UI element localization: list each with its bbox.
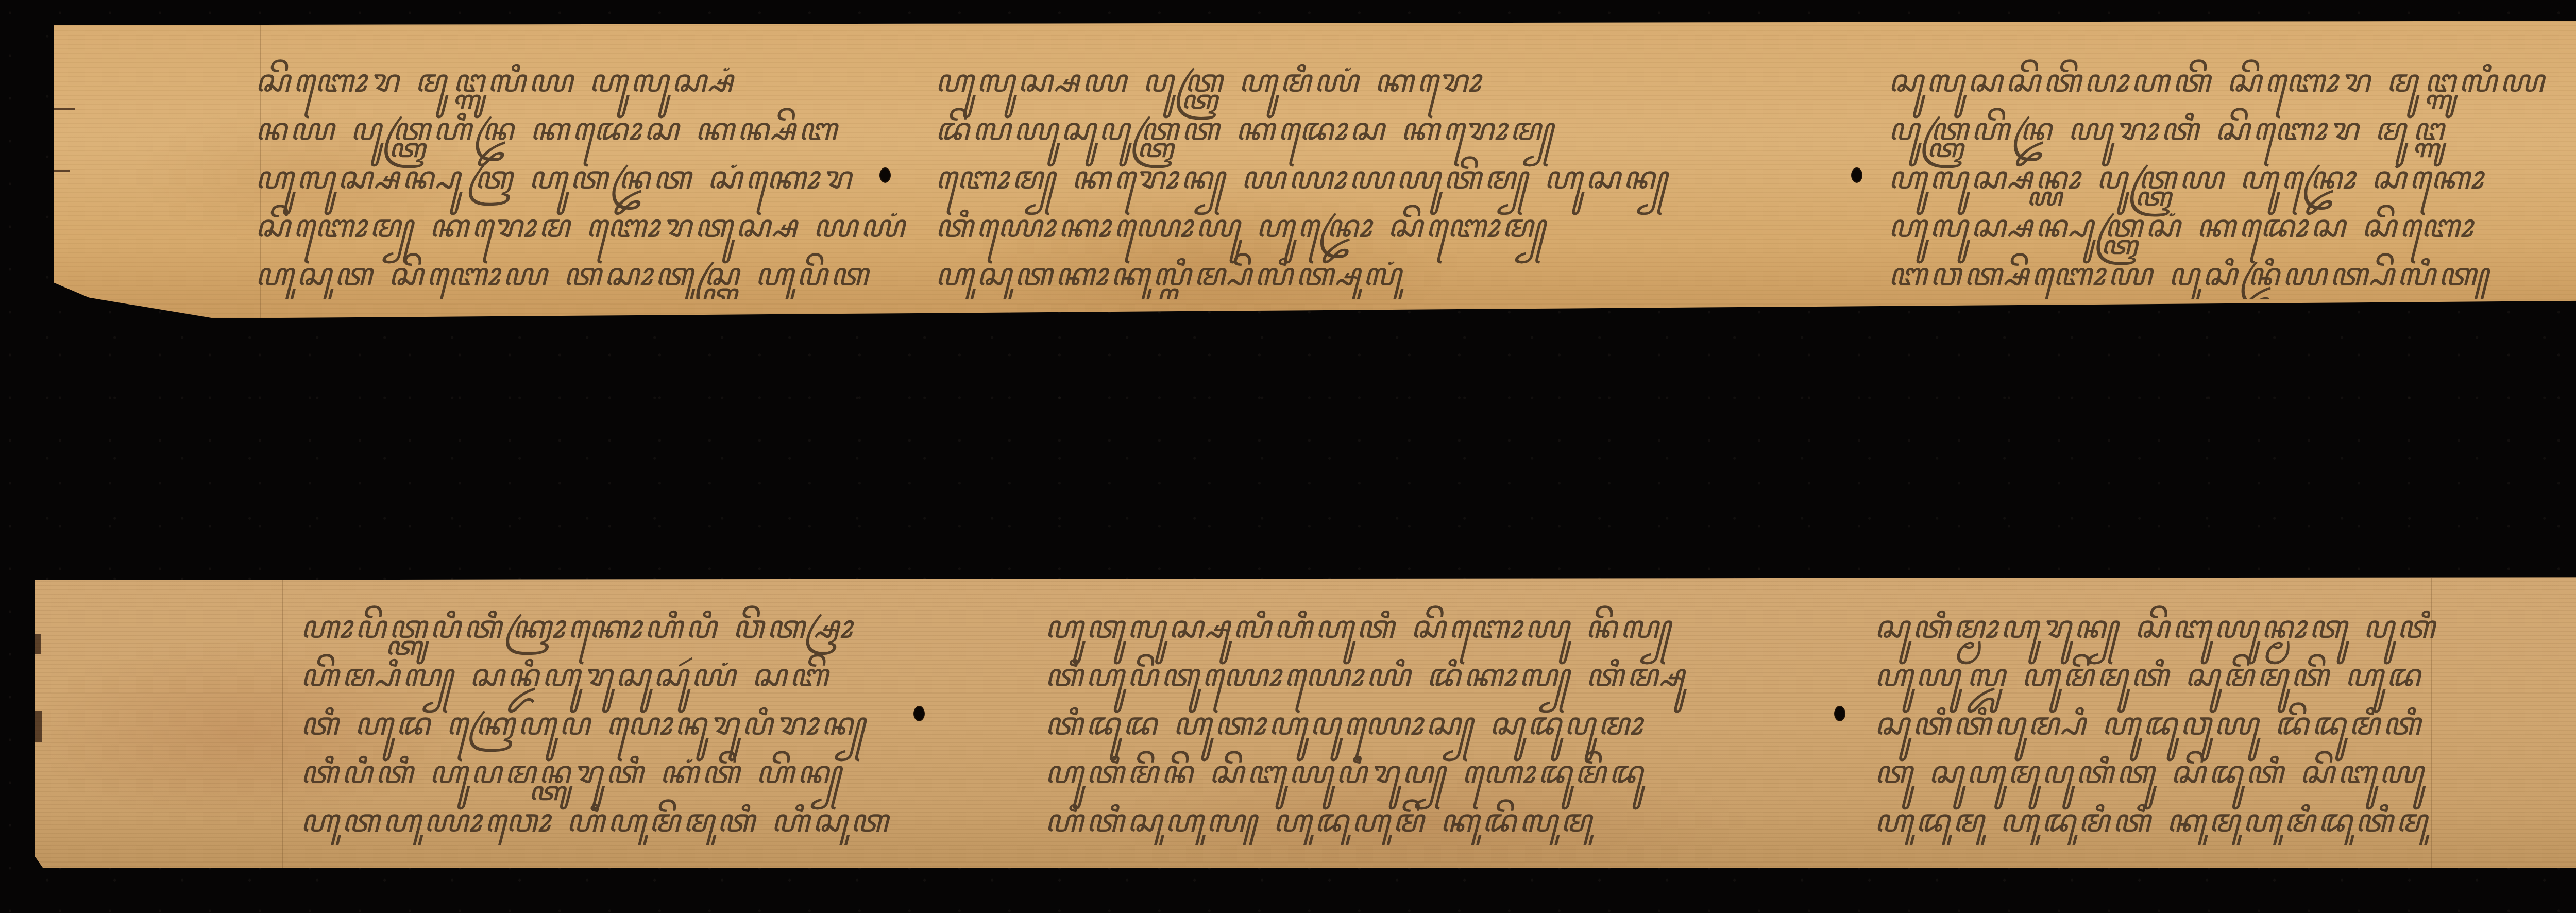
manuscript-line: ꦱꦸꦠꦶꦠꦶꦥꦸꦩ꧀ꦥꦶ ꦲꦸꦢꦸꦮꦸꦪꦸ ꦢꦼꦢꦸꦩꦶꦠꦶ	[1874, 700, 2576, 748]
edge-damage	[35, 711, 42, 742]
manuscript-line: ꦱꦸꦠꦶꦩ꧀ꦩꦴꦲꦸꦫꦸꦤ꧀ ꦱꦼꦧꦸꦪꦸꦤ꧀ꦩꦴꦠꦸ ꦥꦸꦠꦶ	[1874, 603, 2576, 651]
manuscript-line: ꦱꦼꦧꦺꦴꦩ꧀ ꦏꦫꦺꦴꦩ ꦧꦺꦴꦫꦠꦸꦱ꧀ꦱ ꦪꦪꦁ	[255, 202, 930, 250]
palm-leaf-lower: ꦲꦴꦥꦼꦠ꧀ꦠꦸꦥꦶꦠꦶꦏꦿꦴꦏꦺꦴꦲꦶꦥꦶ ꦮꦼꦠ꧀ꦱꦿꦴ ꦲꦼꦩ꧀ꦥꦶꦭ꧀ …	[35, 577, 2576, 868]
text-column-center: ꦲꦸꦭꦸꦱ꧀ꦱꦪ ꦥꦸꦠ꧀ꦠꦿ ꦲꦸꦩꦶꦪꦁ ꦏꦫꦺꦴ ꦢꦼꦭꦪꦸꦱꦸꦥꦸꦠ꧀ꦠ…	[935, 57, 1842, 299]
manuscript-line: ꦠꦶꦪꦺꦴꦏꦴꦪꦺꦴꦪꦸ ꦲꦸꦤ꧀ꦢꦿꦺꦴ ꦱꦼꦧꦺꦴꦩ꧀	[935, 202, 1842, 250]
manuscript-line: ꦲꦸꦠꦶꦩꦼꦤꦼ ꦱꦼꦧꦸꦪꦸꦥꦶꦫꦸꦥ꧀ ꦲꦺꦴꦢꦸꦩꦼꦢꦸ	[1045, 748, 1818, 797]
manuscript-line: ꦲꦴꦥꦼꦠ꧀ꦠꦸꦥꦶꦠꦶꦏꦿꦴꦏꦺꦴꦲꦶꦥꦶ ꦮꦼꦠ꧀ꦱꦿꦴ	[300, 603, 1042, 651]
text-column-right: ꦱꦸꦠꦶꦩ꧀ꦩꦴꦲꦸꦫꦸꦤ꧀ ꦱꦼꦧꦸꦪꦸꦤ꧀ꦩꦴꦠꦸ ꦥꦸꦠꦶ ꦲꦸꦪꦸꦭ꧀ꦢ…	[1874, 603, 2576, 845]
binding-hole-right	[1851, 167, 1862, 183]
manuscript-line: ꦲꦼꦩ꧀ꦥꦶꦭ꧀ ꦱꦤ꧀ꦢꦶꦲꦸꦫꦸꦱꦸꦱꦸꦂꦪꦁ ꦱꦧꦼ	[300, 651, 1042, 700]
margin-rule-left	[282, 577, 283, 868]
manuscript-line: ꦲꦶꦠꦶꦱꦸꦲꦸꦭ꧀ ꦲꦸꦢꦸꦲꦸꦩꦼ ꦏꦸꦢꦼꦭꦸꦩꦸ	[1045, 797, 1818, 845]
text-column-center: ꦲꦸꦠꦸꦭꦸꦱ꧀ꦱꦸꦭꦶꦲꦶꦲꦸꦠꦶ ꦱꦼꦧꦺꦴꦪꦸ ꦤꦼꦭ꧀ ꦠꦶꦲꦸꦥꦼꦠꦸ…	[1045, 603, 1818, 845]
edge-notch	[54, 170, 70, 172]
manuscript-line: ꦤꦪ ꦥꦸꦠ꧀ꦠꦿꦲꦶꦤ꧀ꦢꦿ ꦏꦢꦺꦴꦱ ꦏꦤ꧀ꦱꦼꦧ	[255, 105, 930, 154]
manuscript-line: ꦠꦶꦥꦶꦠꦶ ꦲꦸꦥꦩꦤ꧀ꦠꦸꦫꦸꦠꦶ ꦏꦁꦠꦼ ꦲꦼꦤ꧀	[300, 748, 1042, 797]
edge-damage	[35, 634, 41, 654]
manuscript-line: ꦲꦸꦠꦲꦸꦪꦴꦮꦺꦴ ꦲꦶꦲꦸꦩꦼꦩꦸꦠꦶ ꦲꦶꦱꦸꦠ	[300, 797, 1042, 845]
manuscript-line: ꦲꦸꦱꦸꦠ ꦱꦼꦧꦺꦴꦪ ꦠꦱꦴꦠꦸꦱ꧀ꦠꦿ ꦲꦸꦥꦼꦠ	[255, 250, 930, 299]
manuscript-line: ꦲꦸꦠꦸꦭꦸꦱ꧀ꦱꦸꦭꦶꦲꦶꦲꦸꦠꦶ ꦱꦼꦧꦺꦴꦪꦸ ꦤꦼꦭ꧀	[1045, 603, 1818, 651]
manuscript-line: ꦲꦸꦭꦸꦱ꧀ꦱꦤ꧀ꦪꦴ ꦥꦸꦠ꧀ꦠꦿꦪ ꦲꦸꦤ꧀ꦢꦿꦺꦴ ꦱꦁꦏꦺꦴ	[1888, 154, 2576, 202]
manuscript-line: ꦲꦸꦱꦸꦠꦏꦴꦏꦸꦭ꧀ꦭꦶꦩ꧀ꦥꦼꦭꦶꦠ꧀ꦱꦸꦭꦸꦁ	[935, 250, 1842, 299]
manuscript-line: ꦲꦸꦭꦸꦱ꧀ꦱꦤ꧀ꦥꦸꦠꦿ ꦲꦸꦠꦤ꧀ꦢꦿꦠ ꦱꦁꦏꦺꦴꦫ	[255, 154, 930, 202]
edge-notch	[54, 108, 75, 110]
manuscript-line: ꦠꦶ ꦲꦸꦢ ꦏꦿꦺꦲꦸꦥ ꦥꦺꦴꦤꦸꦫꦸꦥꦶꦫꦴꦤ꧀	[300, 700, 1042, 748]
binding-hole-right	[1834, 706, 1845, 721]
manuscript-line: ꦠꦸ ꦱꦸꦲꦸꦩꦸꦥꦸꦠꦶꦠꦸ ꦱꦼꦢꦸꦠꦶ ꦱꦼꦧꦸꦪꦸ	[1874, 748, 2576, 797]
manuscript-line: ꦲꦸꦪꦸꦭ꧀ꦢꦸ ꦲꦸꦩꦼꦩꦸꦠꦶ ꦱꦸꦩꦼꦩꦸꦠꦼ ꦲꦸꦢ	[1874, 651, 2576, 700]
manuscript-line: ꦠꦶꦲꦸꦥꦼꦠꦸꦪꦺꦴꦪꦺꦴꦪꦶ ꦢꦶꦏꦴꦭ꧀ ꦠꦶꦩ꧀ꦱꦸ	[1045, 651, 1818, 700]
manuscript-line: ꦥꦸꦠ꧀ꦠꦿꦲꦼꦤ꧀ꦢꦿ ꦪꦸꦫꦴꦠꦶ ꦱꦼꦧꦺꦴꦫ ꦩꦸꦔ꧀ꦒꦸ	[1888, 105, 2576, 154]
manuscript-line: ꦠꦶꦢꦸꦢ ꦲꦸꦠꦴꦲꦸꦥꦸꦪꦺꦴꦱ꧀ ꦱꦸꦢꦸꦥꦸꦩꦴ	[1045, 700, 1818, 748]
manuscript-line: ꦧꦺꦴꦩ꧀ ꦏꦫꦺꦴꦤ꧀ ꦪꦪꦴꦪꦪꦸꦠꦼꦩ꧀ ꦲꦸꦱꦤ꧀	[935, 154, 1842, 202]
manuscript-line: ꦢꦼꦭꦪꦸꦱꦸꦥꦸꦠ꧀ꦠꦿꦠ ꦏꦢꦺꦴꦱ ꦏꦫꦺꦴꦩ꧀	[935, 105, 1842, 154]
manuscript-line: ꦲꦸꦭꦸꦱ꧀ꦱꦤ꧀ꦥꦸꦠ꧀ꦠꦿꦱꦁ ꦏꦢꦺꦴꦱ ꦱꦼꦧꦺꦴ	[1888, 202, 2576, 250]
manuscript-line: ꦲꦸꦭꦸꦱ꧀ꦱꦪ ꦥꦸꦠ꧀ꦠꦿ ꦲꦸꦩꦶꦪꦁ ꦏꦫꦺꦴ	[935, 57, 1842, 105]
manuscript-line: ꦧꦮꦠ꧀ꦱꦼꦧꦺꦴꦪ ꦥꦸꦱꦶꦤ꧀ꦢꦿꦶꦪꦠ꧀ꦥꦼꦭꦶꦠ꧀	[1888, 250, 2576, 299]
manuscript-line: ꦱꦼꦧꦺꦴꦫ ꦩꦸꦔ꧀ꦒꦸꦭꦶꦪ ꦲꦸꦭꦸꦱ꧀ꦱꦁ	[255, 57, 930, 105]
text-column-left: ꦲꦴꦥꦼꦠ꧀ꦠꦸꦥꦶꦠꦶꦏꦿꦴꦏꦺꦴꦲꦶꦥꦶ ꦮꦼꦠ꧀ꦱꦿꦴ ꦲꦼꦩ꧀ꦥꦶꦭ꧀ …	[300, 603, 1042, 845]
manuscript-line: ꦲꦸꦢꦸꦩꦸ ꦲꦸꦢꦸꦩꦶꦠꦶ ꦏꦸꦩꦸꦲꦸꦩꦶꦢꦸꦠꦶꦩꦸ	[1874, 797, 2576, 845]
text-column-left: ꦱꦼꦧꦺꦴꦫ ꦩꦸꦔ꧀ꦒꦸꦭꦶꦪ ꦲꦸꦭꦸꦱ꧀ꦱꦁ ꦤꦪ ꦥꦸꦠ꧀ꦠꦿꦲꦶꦤ꧀ꦢ…	[255, 57, 930, 299]
manuscript-line: ꦱꦸꦭꦸꦱꦱꦼꦠꦼꦥꦴꦲꦠꦼ ꦱꦼꦧꦺꦴꦫ ꦩꦸꦔ꧀ꦒꦸꦭꦶꦪ	[1888, 57, 2576, 105]
palm-leaf-upper: ꦱꦼꦧꦺꦴꦫ ꦩꦸꦔ꧀ꦒꦸꦭꦶꦪ ꦲꦸꦭꦸꦱ꧀ꦱꦁ ꦤꦪ ꦥꦸꦠ꧀ꦠꦿꦲꦶꦤ꧀ꦢ…	[54, 21, 2576, 318]
text-column-right: ꦱꦸꦭꦸꦱꦱꦼꦠꦼꦥꦴꦲꦠꦼ ꦱꦼꦧꦺꦴꦫ ꦩꦸꦔ꧀ꦒꦸꦭꦶꦪ ꦥꦸꦠ꧀ꦠꦿꦲꦼ…	[1888, 57, 2576, 299]
